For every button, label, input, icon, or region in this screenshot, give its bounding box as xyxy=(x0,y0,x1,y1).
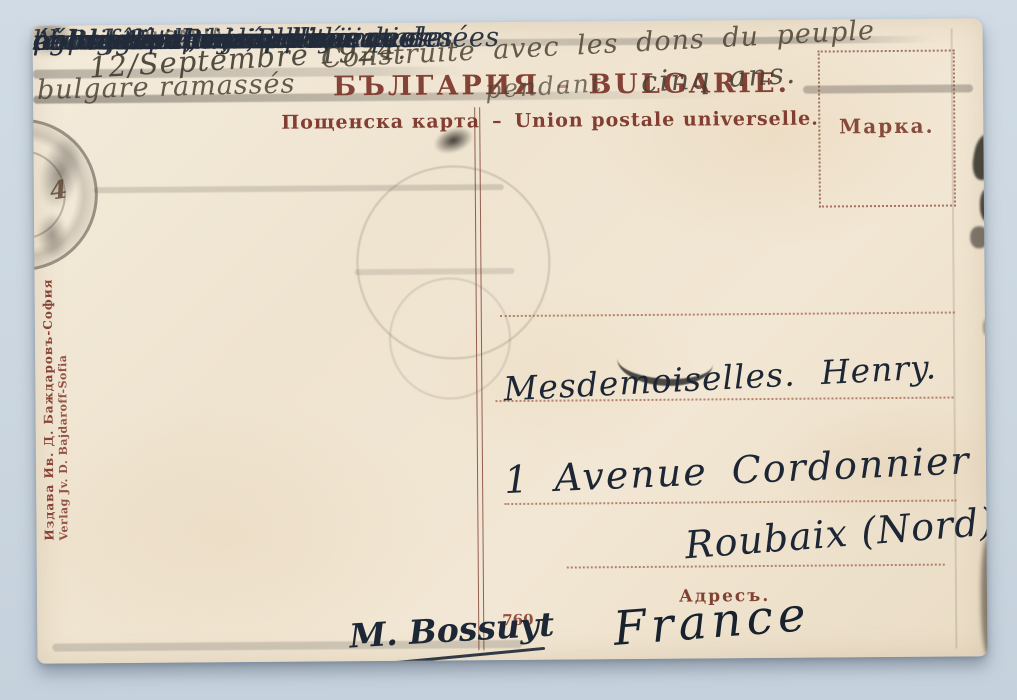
address-ruled-line xyxy=(500,312,955,318)
card-type-separator: – xyxy=(492,110,503,132)
address-city: Roubaix (Nord) xyxy=(683,499,987,567)
card-type-french: Union postale universelle. xyxy=(514,108,818,132)
edge-wear-mark xyxy=(970,133,988,182)
message-line: par la Guerre. xyxy=(33,24,234,57)
printed-card-type: Пощенска карта – Union postale universel… xyxy=(281,108,819,134)
postcard-photo: БЪЛГАРИЯ – BULGARIE. Пощенска карта – Un… xyxy=(0,0,1017,700)
publisher-line-german: Verlag Jv. D. Bajdaroff-Sofia xyxy=(55,230,71,540)
postmark-smudge xyxy=(36,211,68,259)
edge-wear-mark xyxy=(981,538,988,656)
address-street: 1 Avenue Cordonnier xyxy=(503,438,971,502)
edge-wear-mark xyxy=(970,226,987,248)
annotation-line2a: bulgare ramassés xyxy=(37,68,296,106)
address-country: France xyxy=(611,587,812,657)
address-ruled-line xyxy=(567,564,945,569)
stamp-box-label: Марка. xyxy=(820,114,953,139)
postcard-back: БЪЛГАРИЯ – BULGARIE. Пощенска карта – Un… xyxy=(33,18,988,663)
stamp-box: Марка. xyxy=(818,49,956,207)
edge-wear-mark xyxy=(980,188,988,222)
address-ruled-line xyxy=(504,500,956,506)
edge-wear-mark xyxy=(983,318,988,336)
postmark-center-circle xyxy=(389,277,512,400)
publisher-imprint: Издава Ив. Д. Баждаровъ-София Verlag Jv.… xyxy=(40,230,71,540)
